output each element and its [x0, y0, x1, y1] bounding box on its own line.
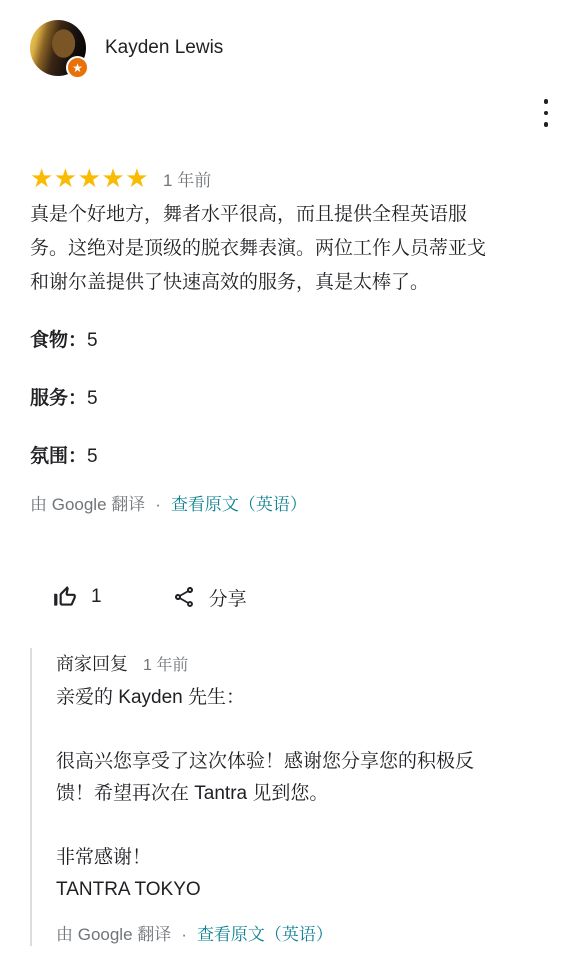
aspect-service: 服务：5	[30, 382, 558, 416]
owner-reply-time: 1 年前	[143, 657, 188, 674]
reply-translation-row: 由 Google 翻译 · 查看原文（英语）	[56, 924, 558, 946]
dot-separator: ·	[155, 494, 161, 516]
badge-star-icon: ★	[72, 62, 83, 74]
aspect-label: 氛围：	[30, 446, 87, 467]
dot-icon	[544, 99, 549, 104]
see-original-link[interactable]: 查看原文（英语）	[171, 494, 307, 516]
owner-reply-title: 商家回复	[56, 654, 128, 674]
review-card: ★ Kayden Lewis ★★★★★ 1 年前 真是个好地方，舞者水平很高，…	[0, 0, 588, 963]
see-original-link[interactable]: 查看原文（英语）	[197, 924, 333, 946]
reviewer-name[interactable]: Kayden Lewis	[105, 37, 223, 59]
like-count: 1	[91, 586, 102, 608]
avatar[interactable]: ★	[30, 20, 86, 76]
thumb-up-icon	[52, 584, 78, 610]
aspect-label: 食物：	[30, 330, 87, 351]
translated-by-label: 由 Google 翻译	[56, 924, 171, 946]
translation-row: 由 Google 翻译 · 查看原文（英语）	[30, 494, 558, 516]
aspect-value: 5	[87, 388, 98, 409]
action-row: 1 分享	[52, 582, 558, 612]
owner-reply-header: 商家回复 1 年前	[56, 648, 558, 682]
star-rating-icon: ★★★★★	[30, 165, 149, 191]
share-button[interactable]: 分享	[172, 584, 247, 611]
owner-reply: 商家回复 1 年前 亲爱的 Kayden 先生： 很高兴您享受了这次体验！感谢您…	[30, 648, 558, 946]
aspect-label: 服务：	[30, 388, 87, 409]
dot-icon	[544, 111, 549, 116]
review-time: 1 年前	[163, 166, 211, 191]
more-options-button[interactable]	[534, 95, 558, 131]
translated-by-label: 由 Google 翻译	[30, 494, 145, 516]
local-guide-badge-icon: ★	[66, 56, 89, 79]
aspect-value: 5	[87, 446, 98, 467]
review-header: ★ Kayden Lewis	[30, 0, 558, 76]
share-label: 分享	[209, 584, 247, 611]
rating-row: ★★★★★ 1 年前	[30, 164, 558, 192]
aspect-atmosphere: 氛围：5	[30, 440, 558, 474]
owner-reply-text: 亲爱的 Kayden 先生： 很高兴您享受了这次体验！感谢您分享您的积极反 馈！…	[56, 682, 526, 906]
dot-separator: ·	[181, 924, 187, 946]
review-text: 真是个好地方，舞者水平很高，而且提供全程英语服 务。这绝对是顶级的脱衣舞表演。两…	[30, 198, 530, 300]
dot-icon	[544, 122, 549, 127]
aspect-value: 5	[87, 330, 98, 351]
like-button[interactable]: 1	[52, 584, 102, 610]
aspect-food: 食物：5	[30, 324, 558, 358]
share-icon	[172, 585, 196, 609]
